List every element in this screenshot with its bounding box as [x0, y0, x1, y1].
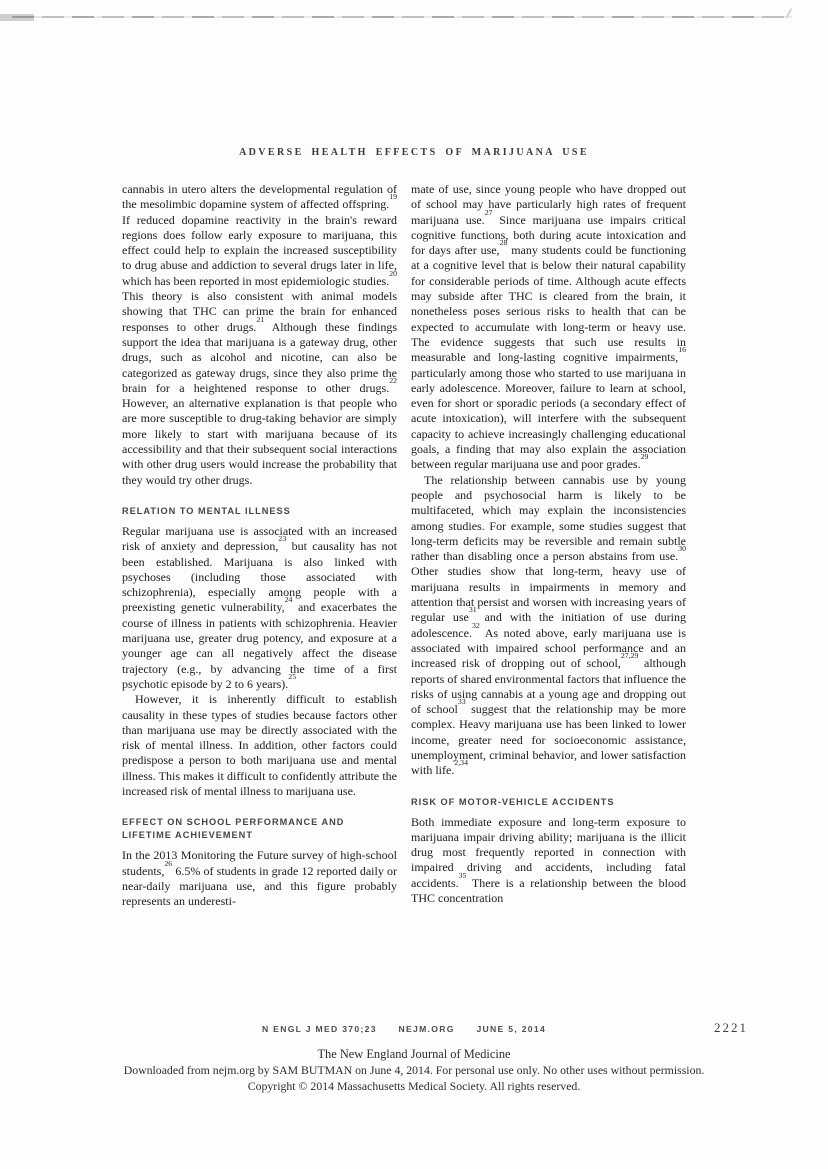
paragraph: However, it is inherently difficult to e… [122, 692, 397, 799]
citation-ref: 23 [278, 534, 286, 543]
journal-page: ADVERSE HEALTH EFFECTS OF MARIJUANA USE … [0, 0, 828, 1169]
citation-ref: 2,34 [454, 758, 468, 767]
journal-citation: N ENGL J MED 370;23 [262, 1024, 377, 1034]
section-heading: RELATION TO MENTAL ILLNESS [122, 505, 397, 518]
citation-ref: 27,29 [621, 651, 639, 660]
column-left: cannabis in utero alters the development… [122, 182, 397, 909]
notice-download-line: Downloaded from nejm.org by SAM BUTMAN o… [0, 1062, 828, 1078]
citation-ref: 33 [458, 697, 466, 706]
paragraph: In the 2013 Monitoring the Future survey… [122, 848, 397, 909]
citation-ref: 22 [389, 376, 397, 385]
paragraph: The relationship between cannabis use by… [411, 473, 686, 779]
citation-ref: 19 [389, 192, 397, 201]
notice-journal-name: The New England Journal of Medicine [0, 1046, 828, 1062]
citation-ref: 30 [678, 544, 686, 553]
journal-date: JUNE 5, 2014 [476, 1024, 546, 1034]
section-heading: RISK OF MOTOR-VEHICLE ACCIDENTS [411, 796, 686, 809]
article-body: cannabis in utero alters the development… [122, 182, 686, 909]
section-heading: EFFECT ON SCHOOL PERFORMANCE AND LIFETIM… [122, 816, 397, 842]
journal-site: NEJM.ORG [398, 1024, 454, 1034]
paragraph: cannabis in utero alters the development… [122, 182, 397, 488]
citation-ref: 32 [472, 621, 480, 630]
running-head: ADVERSE HEALTH EFFECTS OF MARIJUANA USE [0, 147, 828, 158]
citation-ref: 31 [469, 605, 477, 614]
download-notice: The New England Journal of Medicine Down… [0, 1046, 828, 1094]
journal-footer-line: N ENGL J MED 370;23 NEJM.ORG JUNE 5, 201… [122, 1024, 686, 1034]
citation-ref: 20 [389, 269, 397, 278]
paragraph: Regular marijuana use is associated with… [122, 524, 397, 692]
paragraph: Both immediate exposure and long-term ex… [411, 815, 686, 907]
citation-ref: 21 [256, 315, 264, 324]
citation-ref: 26 [164, 859, 172, 868]
column-right: mate of use, since young people who have… [411, 182, 686, 909]
citation-ref: 27 [485, 208, 493, 217]
notice-copyright-line: Copyright © 2014 Massachusetts Medical S… [0, 1078, 828, 1094]
citation-ref: 35 [459, 871, 467, 880]
page-number: 2221 [714, 1020, 748, 1036]
citation-ref: 25 [288, 672, 296, 681]
citation-ref: 24 [285, 595, 293, 604]
citation-ref: 29 [641, 452, 649, 461]
citation-ref: 28 [500, 238, 508, 247]
paragraph: mate of use, since young people who have… [411, 182, 686, 473]
scan-artifact-line [12, 16, 792, 18]
citation-ref: 16 [678, 345, 686, 354]
